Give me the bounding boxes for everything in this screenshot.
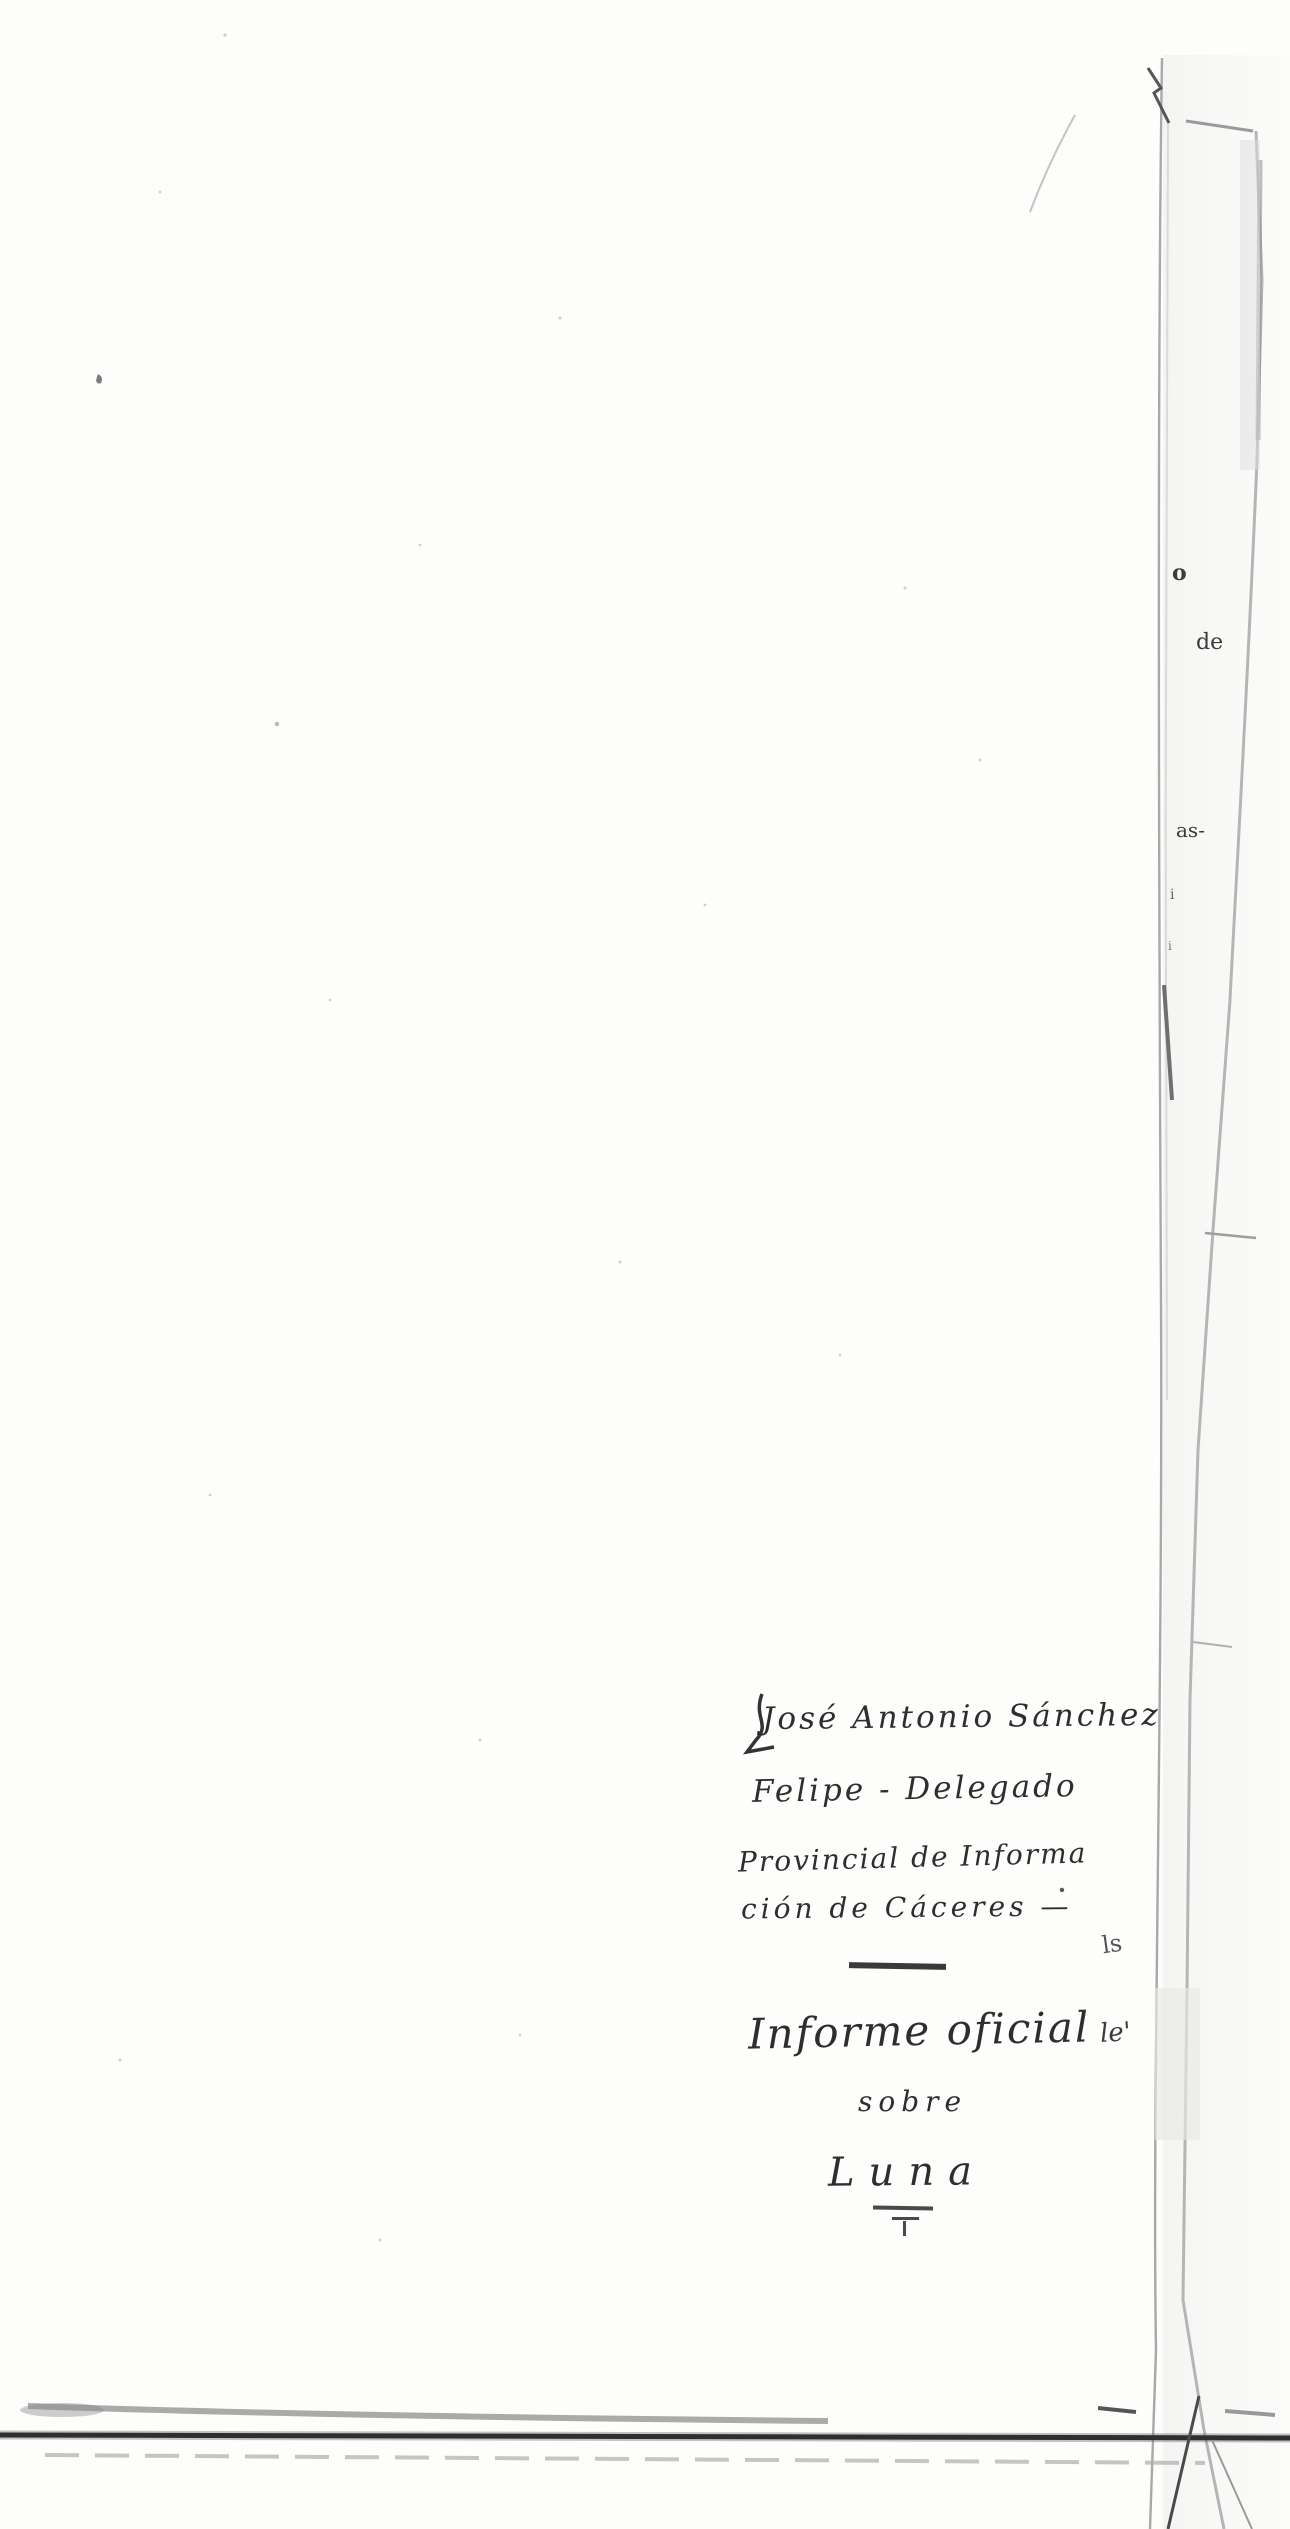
handwriting-author-line-1: José Antonio Sánchez xyxy=(762,1700,1161,1735)
title-underline-tick-vertical xyxy=(903,2221,906,2236)
handwriting-title-line-3: Luna xyxy=(828,2151,986,2192)
scan-artifacts xyxy=(0,0,1290,2529)
fragment-ls: ls xyxy=(1100,1931,1123,1958)
handwriting-title-line-2: sobre xyxy=(858,2088,967,2116)
handwriting-author-line-3: Provincial de Informa xyxy=(738,1839,1088,1876)
fragment-le: le' xyxy=(1099,2019,1132,2047)
fragment-i1: i xyxy=(1170,888,1174,902)
separator-dash xyxy=(849,1962,946,1970)
ink-speck xyxy=(96,374,102,384)
underlying-page-strip xyxy=(1163,55,1290,2529)
title-underline xyxy=(873,2205,933,2210)
scanned-page: José Antonio Sánchez Felipe - Delegado P… xyxy=(0,0,1290,2529)
handwriting-author-line-4: ción de Cáceres — xyxy=(741,1893,1073,1924)
handwriting-author-line-2: Felipe - Delegado xyxy=(752,1771,1078,1808)
fragment-o: o xyxy=(1172,562,1187,584)
fragment-as: as- xyxy=(1176,820,1205,840)
corner-fold-mark xyxy=(1030,115,1075,212)
handwriting-title-line-1: Informe oficial xyxy=(748,2006,1091,2055)
title-underline-tick-horizontal xyxy=(892,2217,919,2220)
fragment-i2: i xyxy=(1168,940,1172,952)
fragment-de: de xyxy=(1196,632,1223,654)
bottom-edge-lines xyxy=(0,2396,1290,2529)
